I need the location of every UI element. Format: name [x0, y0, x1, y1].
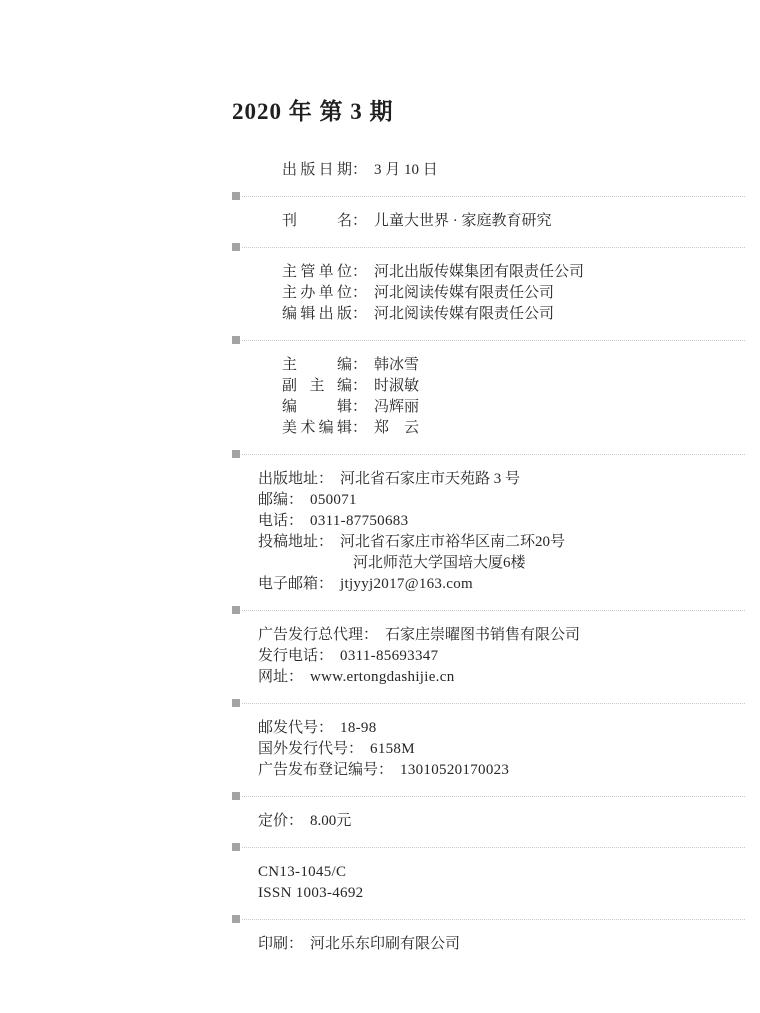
divider-line	[242, 847, 745, 848]
row-value: 3 月 10 日	[374, 162, 438, 178]
info-row: 出版日期：3 月 10 日	[232, 160, 745, 181]
info-row: 邮编：050071	[232, 490, 745, 511]
row-label: 副主编	[282, 376, 352, 397]
label-colon: ：	[352, 306, 367, 322]
row-label: 美术编辑	[282, 418, 352, 439]
info-row: 印刷：河北乐东印刷有限公司	[232, 934, 745, 955]
label-colon: ：	[352, 357, 367, 373]
section-address: 出版地址：河北省石家庄市天苑路 3 号 邮编：050071 电话：0311-87…	[232, 469, 745, 595]
divider-square-icon	[232, 450, 240, 458]
divider-line	[242, 919, 745, 920]
row-label: 广告发布登记编号	[258, 762, 378, 778]
divider-line	[242, 196, 745, 197]
label-colon: ：	[288, 936, 303, 952]
info-row: 邮发代号：18-98	[232, 718, 745, 739]
info-row: 副主编：时淑敏	[232, 376, 745, 397]
divider-square-icon	[232, 336, 240, 344]
divider-square-icon	[232, 243, 240, 251]
info-row: 编辑：冯辉丽	[232, 397, 745, 418]
row-label: 电话	[258, 513, 288, 529]
label-colon: ：	[352, 399, 367, 415]
info-row: 电子邮箱：jtjyyj2017@163.com	[232, 574, 745, 595]
label-colon: ：	[288, 813, 303, 829]
divider-square-icon	[232, 192, 240, 200]
row-value: 冯辉丽	[374, 399, 419, 415]
info-row-continuation: 河北师范大学国培大厦6楼	[232, 553, 745, 574]
section-divider	[232, 915, 745, 923]
info-row: 定价：8.00元	[232, 811, 745, 832]
issn-number: ISSN 1003-4692	[232, 883, 745, 904]
row-label: 网址	[258, 669, 288, 685]
label-colon: ：	[318, 471, 333, 487]
section-issn: CN13-1045/C ISSN 1003-4692	[232, 862, 745, 904]
row-value: 18-98	[340, 720, 377, 736]
row-value: 13010520170023	[400, 762, 509, 778]
info-row: 广告发布登记编号：13010520170023	[232, 760, 745, 781]
divider-line	[242, 340, 745, 341]
label-colon: ：	[352, 213, 367, 229]
section-divider	[232, 792, 745, 800]
info-row: 主编：韩冰雪	[232, 355, 745, 376]
divider-square-icon	[232, 915, 240, 923]
label-colon: ：	[288, 513, 303, 529]
row-value: 0311-85693347	[340, 648, 438, 664]
info-row: 美术编辑：郑 云	[232, 418, 745, 439]
section-divider	[232, 192, 745, 200]
row-value: 河北师范大学国培大厦6楼	[353, 555, 526, 571]
info-row: 出版地址：河北省石家庄市天苑路 3 号	[232, 469, 745, 490]
row-label: 定价	[258, 813, 288, 829]
section-price: 定价：8.00元	[232, 811, 745, 832]
label-colon: ：	[352, 420, 367, 436]
row-label: 电子邮箱	[258, 576, 318, 592]
row-value: 河北乐东印刷有限公司	[310, 936, 460, 952]
row-label: 广告发行总代理	[258, 627, 363, 643]
row-label: 主管单位	[282, 262, 352, 283]
divider-line	[242, 247, 745, 248]
row-value: 郑 云	[374, 420, 419, 436]
row-value: www.ertongdashijie.cn	[310, 669, 454, 685]
info-row: 主办单位：河北阅读传媒有限责任公司	[232, 283, 745, 304]
section-journal-name: 刊名：儿童大世界 · 家庭教育研究	[232, 211, 745, 232]
row-value: 时淑敏	[374, 378, 419, 394]
section-organizations: 主管单位：河北出版传媒集团有限责任公司 主办单位：河北阅读传媒有限责任公司 编辑…	[232, 262, 745, 325]
section-distribution: 广告发行总代理：石家庄崇曜图书销售有限公司 发行电话：0311-85693347…	[232, 625, 745, 688]
section-divider	[232, 336, 745, 344]
section-divider	[232, 699, 745, 707]
section-issue-date: 出版日期：3 月 10 日	[232, 160, 745, 181]
label-colon: ：	[378, 762, 393, 778]
label-colon: ：	[288, 492, 303, 508]
section-divider	[232, 450, 745, 458]
label-colon: ：	[348, 741, 363, 757]
row-value: jtjyyj2017@163.com	[340, 576, 473, 592]
colophon-page: 2020 年 第 3 期 出版日期：3 月 10 日 刊名：儿童大世界 · 家庭…	[232, 98, 745, 955]
info-row: 国外发行代号：6158M	[232, 739, 745, 760]
row-label: 主办单位	[282, 283, 352, 304]
section-divider	[232, 606, 745, 614]
row-label: 出版日期	[282, 160, 352, 181]
row-value: 050071	[310, 492, 357, 508]
divider-square-icon	[232, 843, 240, 851]
info-row: 网址：www.ertongdashijie.cn	[232, 667, 745, 688]
divider-square-icon	[232, 792, 240, 800]
label-colon: ：	[352, 264, 367, 280]
row-label: 刊名	[282, 211, 352, 232]
section-divider	[232, 843, 745, 851]
row-label: 编辑	[282, 397, 352, 418]
info-row: 电话：0311-87750683	[232, 511, 745, 532]
section-staff: 主编：韩冰雪 副主编：时淑敏 编辑：冯辉丽 美术编辑：郑 云	[232, 355, 745, 439]
row-label: 出版地址	[258, 471, 318, 487]
row-value: 河北省石家庄市天苑路 3 号	[340, 471, 520, 487]
label-colon: ：	[363, 627, 378, 643]
row-value: 河北省石家庄市裕华区南二环20号	[340, 534, 565, 550]
info-row: 投稿地址：河北省石家庄市裕华区南二环20号	[232, 532, 745, 553]
info-row: 广告发行总代理：石家庄崇曜图书销售有限公司	[232, 625, 745, 646]
info-row: 编辑出版：河北阅读传媒有限责任公司	[232, 304, 745, 325]
info-row: 刊名：儿童大世界 · 家庭教育研究	[232, 211, 745, 232]
cn-number: CN13-1045/C	[232, 862, 745, 883]
row-label: 印刷	[258, 936, 288, 952]
label-colon: ：	[288, 669, 303, 685]
label-colon: ：	[352, 162, 367, 178]
row-value: 河北阅读传媒有限责任公司	[374, 285, 554, 301]
row-value: 6158M	[370, 741, 415, 757]
label-colon: ：	[318, 720, 333, 736]
info-row: 主管单位：河北出版传媒集团有限责任公司	[232, 262, 745, 283]
label-colon: ：	[318, 534, 333, 550]
row-value: 河北出版传媒集团有限责任公司	[374, 264, 584, 280]
row-label: 投稿地址	[258, 534, 318, 550]
page-title: 2020 年 第 3 期	[232, 98, 745, 126]
row-label: 邮发代号	[258, 720, 318, 736]
section-codes: 邮发代号：18-98 国外发行代号：6158M 广告发布登记编号：1301052…	[232, 718, 745, 781]
row-value: 韩冰雪	[374, 357, 419, 373]
divider-square-icon	[232, 606, 240, 614]
divider-line	[242, 454, 745, 455]
section-divider	[232, 243, 745, 251]
section-printer: 印刷：河北乐东印刷有限公司	[232, 934, 745, 955]
row-value: 8.00元	[310, 813, 351, 829]
row-value: 河北阅读传媒有限责任公司	[374, 306, 554, 322]
info-row: 发行电话：0311-85693347	[232, 646, 745, 667]
row-value: 石家庄崇曜图书销售有限公司	[385, 627, 580, 643]
label-colon: ：	[352, 378, 367, 394]
row-label: 发行电话	[258, 648, 318, 664]
divider-line	[242, 610, 745, 611]
row-value: 0311-87750683	[310, 513, 408, 529]
label-colon: ：	[352, 285, 367, 301]
row-label: 邮编	[258, 492, 288, 508]
label-colon: ：	[318, 576, 333, 592]
divider-square-icon	[232, 699, 240, 707]
divider-line	[242, 703, 745, 704]
divider-line	[242, 796, 745, 797]
row-value: 儿童大世界 · 家庭教育研究	[374, 213, 552, 229]
row-label: 编辑出版	[282, 304, 352, 325]
row-label: 主编	[282, 355, 352, 376]
label-colon: ：	[318, 648, 333, 664]
row-label: 国外发行代号	[258, 741, 348, 757]
